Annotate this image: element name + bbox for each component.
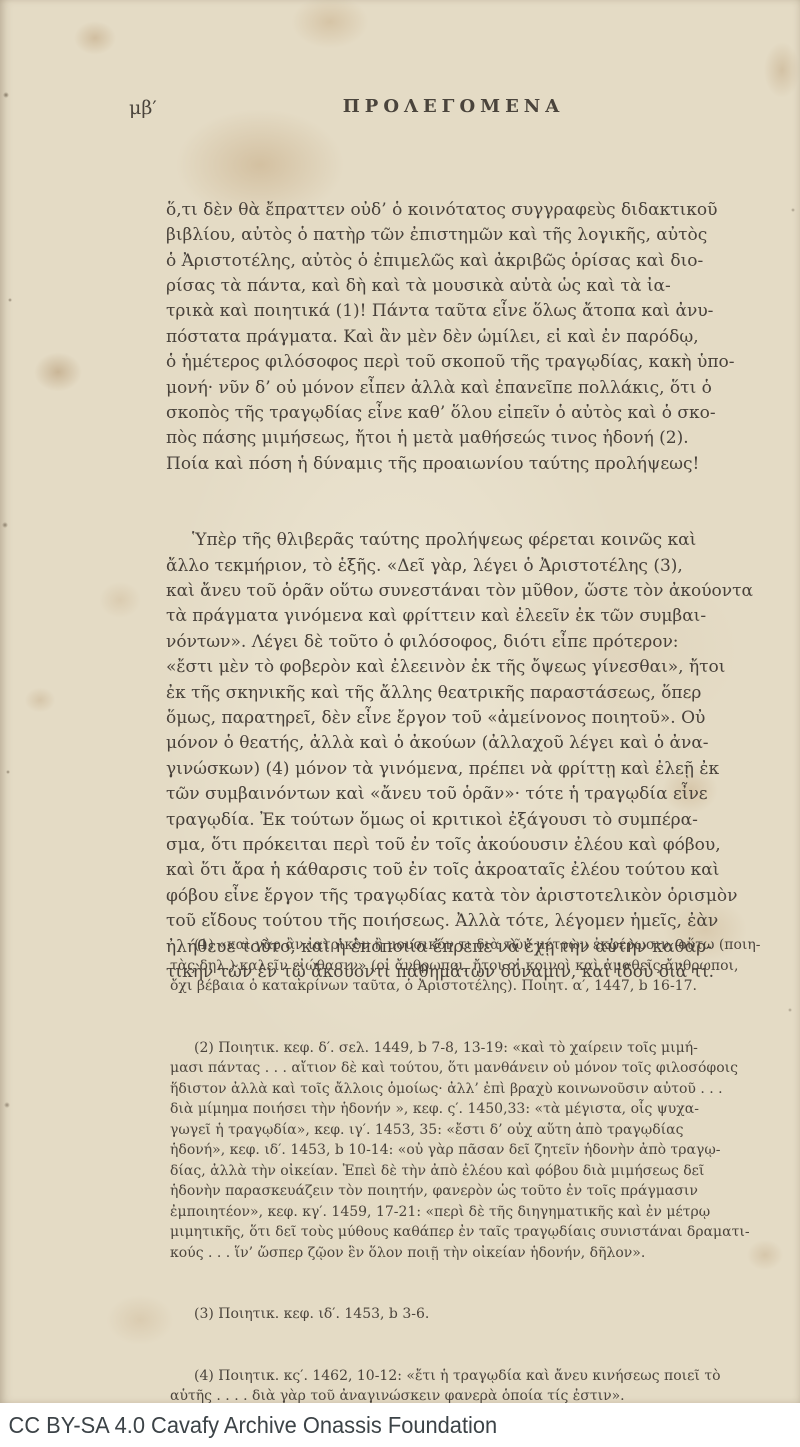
- license-text: CC BY-SA 4.0 Cavafy Archive Onassis Foun…: [0, 1412, 497, 1439]
- footnote-3: (3) Ποιητικ. κεφ. ιδ′. 1453, b 3-6.: [170, 1304, 770, 1325]
- footnotes-section: (1) «καὶ γὰρ ἂν ἰατρικὸν ἢ μουσικόν τι δ…: [170, 894, 770, 1447]
- footnote-1: (1) «καὶ γὰρ ἂν ἰατρικὸν ἢ μουσικόν τι δ…: [170, 935, 770, 997]
- footnote-2: (2) Ποιητικ. κεφ. δ′. σελ. 1449, b 7-8, …: [170, 1038, 770, 1264]
- paragraph: ὅ,τι δὲν θὰ ἔπραττεν οὐδ’ ὁ κοινότατος σ…: [166, 198, 766, 477]
- book-page-scan: μβ′ ΠΡΟΛΕΓΟΜΕΝΑ ὅ,τι δὲν θὰ ἔπραττεν οὐδ…: [0, 0, 800, 1403]
- running-title: ΠΡΟΛΕΓΟΜΕΝΑ: [166, 96, 741, 117]
- attribution-bar: CC BY-SA 4.0 Cavafy Archive Onassis Foun…: [0, 1403, 800, 1447]
- screenshot-root: μβ′ ΠΡΟΛΕΓΟΜΕΝΑ ὅ,τι δὲν θὰ ἔπραττεν οὐδ…: [0, 0, 800, 1447]
- footnote-4: (4) Ποιητικ. κς′. 1462, 10-12: «ἔτι ἡ τρ…: [170, 1366, 770, 1407]
- page-number: μβ′: [129, 97, 157, 119]
